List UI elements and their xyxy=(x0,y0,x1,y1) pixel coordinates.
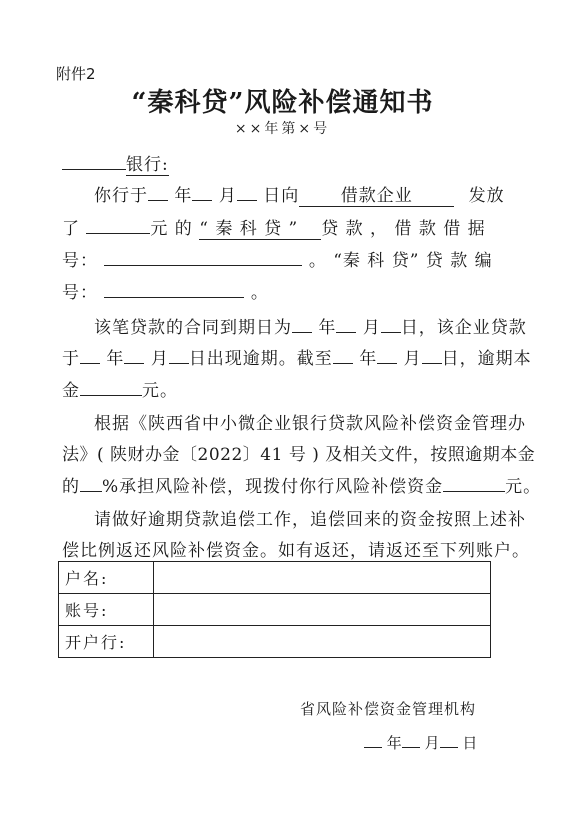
sign-month-blank[interactable] xyxy=(402,731,420,748)
maturity-month-blank[interactable] xyxy=(336,316,356,333)
text: 月 xyxy=(363,318,381,338)
text: 年 xyxy=(318,318,336,338)
para3-line3: 的%承担风险补偿，现拨付你行风险补偿资金元。 xyxy=(62,472,541,497)
loan-name: “ 秦 科 贷 ” xyxy=(199,214,321,240)
overdue-month-blank[interactable] xyxy=(124,347,144,364)
overdue-day-blank[interactable] xyxy=(169,347,189,364)
para2-line1: 该笔贷款的合同到期日为 年 月日，该企业贷款 xyxy=(94,313,527,338)
asof-day-blank[interactable] xyxy=(422,347,442,364)
table-row: 账号: xyxy=(59,594,491,626)
text: 号： xyxy=(62,251,98,271)
asof-month-blank[interactable] xyxy=(377,347,397,364)
text: 发放 xyxy=(469,186,505,206)
account-table: 户名: 账号: 开户行: xyxy=(58,561,491,658)
para2-line2: 于 年 月日出现逾期。截至 年 月日，逾期本 xyxy=(62,344,532,369)
para1-line1: 你行于 年 月 日向借款企业 发放 xyxy=(94,181,505,207)
account-name-field[interactable] xyxy=(154,562,491,594)
para4-line2: 偿比例返还风险补偿资金。如有返还，请返还至下列账户。 xyxy=(62,536,530,561)
text: 日 xyxy=(462,734,477,752)
text: 日，该企业贷款 xyxy=(401,318,527,338)
text: 元。 xyxy=(142,381,178,401)
para3-line1: 根据《陕西省中小微企业银行贷款风险补偿资金管理办 xyxy=(94,409,526,434)
text: 年 xyxy=(387,734,402,752)
bank-label: 银行: xyxy=(126,155,169,176)
text: 你行于 xyxy=(94,186,148,206)
text: 日出现逾期。截至 xyxy=(189,349,333,369)
text: 于 xyxy=(62,349,80,369)
para4-line1: 请做好逾期贷款追偿工作，追偿回来的资金按照上述补 xyxy=(94,505,526,530)
account-name-label: 户名: xyxy=(59,562,154,594)
text: 元。 xyxy=(505,477,541,497)
year-blank[interactable] xyxy=(148,184,168,201)
page-title: “秦科贷”风险补偿通知书 xyxy=(0,82,565,119)
overdue-principal-blank[interactable] xyxy=(80,379,142,396)
day-blank[interactable] xyxy=(237,184,257,201)
attachment-label: 附件2 xyxy=(56,63,96,84)
iou-number-blank[interactable] xyxy=(104,249,302,266)
month-blank[interactable] xyxy=(192,184,212,201)
text: 月 xyxy=(151,349,169,369)
text: 该笔贷款的合同到期日为 xyxy=(94,318,292,338)
percent-blank[interactable] xyxy=(80,475,102,492)
issuing-organization: 省风险补偿资金管理机构 xyxy=(300,698,476,719)
sign-year-blank[interactable] xyxy=(364,731,382,748)
text: 年 xyxy=(106,349,124,369)
enterprise-field[interactable]: 借款企业 xyxy=(299,181,454,207)
account-number-field[interactable] xyxy=(154,594,491,626)
text: 金 xyxy=(62,381,80,401)
asof-year-blank[interactable] xyxy=(333,347,353,364)
text: 贷 款 ， 借 款 借 据 xyxy=(321,219,485,239)
para3-line2: 法》( 陕财办金〔2022〕41 号 ) 及相关文件，按照逾期本金 xyxy=(62,440,535,465)
bank-name-blank[interactable] xyxy=(62,153,126,170)
maturity-day-blank[interactable] xyxy=(381,316,401,333)
text: 。 “秦 科 贷” 贷 款 编 xyxy=(309,251,493,271)
bank-branch-label: 开户行: xyxy=(59,626,154,658)
text: 号： xyxy=(62,283,98,303)
para1-line3: 号： 。 “秦 科 贷” 贷 款 编 xyxy=(62,246,493,271)
loan-number-blank[interactable] xyxy=(104,281,244,298)
signature-date: 年 月 日 xyxy=(364,731,477,753)
text: 月 xyxy=(404,349,422,369)
text: 日向 xyxy=(263,186,299,206)
document-number: ××年第×号 xyxy=(0,118,565,138)
text: 元 的 xyxy=(150,219,192,239)
text: 年 xyxy=(359,349,377,369)
addressee: 银行: xyxy=(62,150,169,175)
maturity-year-blank[interactable] xyxy=(292,316,312,333)
para1-line2: 了 元 的 “ 秦 科 贷 ”贷 款 ， 借 款 借 据 xyxy=(62,214,486,240)
bank-branch-field[interactable] xyxy=(154,626,491,658)
text: 日，逾期本 xyxy=(442,349,532,369)
para2-line3: 金元。 xyxy=(62,376,178,401)
text: 。 xyxy=(251,283,269,303)
account-number-label: 账号: xyxy=(59,594,154,626)
text: 月 xyxy=(219,186,237,206)
text: 月 xyxy=(425,734,440,752)
table-row: 开户行: xyxy=(59,626,491,658)
text: 了 xyxy=(62,219,80,239)
text: 的 xyxy=(62,477,80,497)
sign-day-blank[interactable] xyxy=(440,731,458,748)
text: %承担风险补偿，现拨付你行风险补偿资金 xyxy=(102,477,443,497)
amount-blank[interactable] xyxy=(86,217,150,234)
text: 年 xyxy=(174,186,192,206)
para1-line4: 号： 。 xyxy=(62,278,269,303)
overdue-year-blank[interactable] xyxy=(80,347,100,364)
compensation-amount-blank[interactable] xyxy=(443,475,505,492)
table-row: 户名: xyxy=(59,562,491,594)
